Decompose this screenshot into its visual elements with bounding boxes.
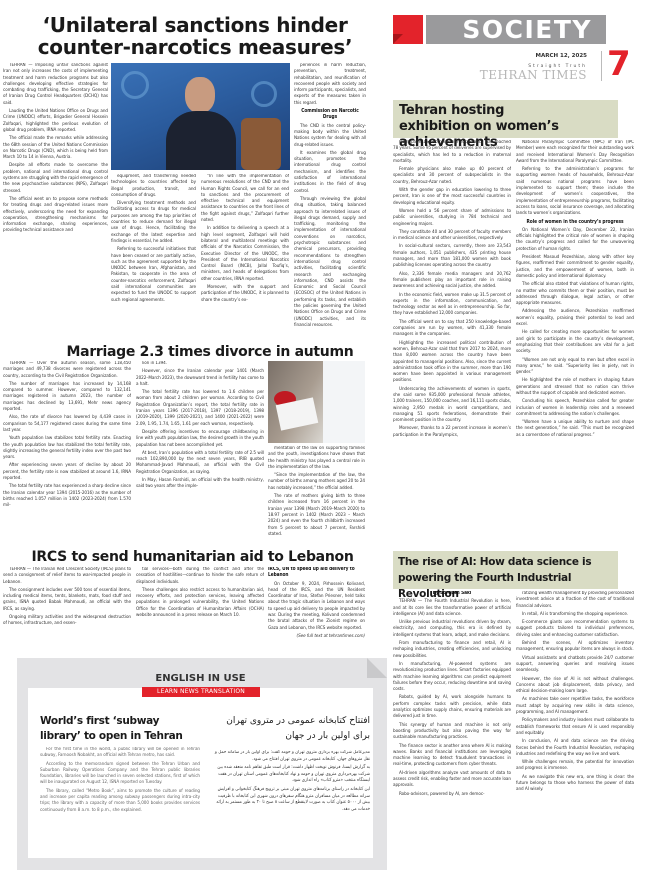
paragraph: Referring to successful initiatives that… (111, 247, 196, 304)
paragraph: Virtual assistants and chatbots provide … (516, 656, 634, 675)
paragraph: به گزارش ایسنا، فرنوش نوبخت اظهار داشت: … (210, 765, 370, 785)
page-number: 7 (607, 46, 631, 82)
paragraph: At best, Iran’s population with a total … (136, 451, 264, 476)
masthead-divider (601, 51, 602, 81)
learn-news-translation-badge: LEARN NEWS TRANSLATION (142, 687, 260, 697)
headline-marriage: Marriage 2.3 times divorce in autumn (60, 343, 360, 361)
paragraph: The CND is the central policy-making bod… (294, 124, 366, 149)
subhead-ircs-un: IRCS, UN to speed up aid delivery to Leb… (268, 567, 365, 580)
paragraph: It examines the global drug situation, p… (294, 151, 366, 195)
paragraph: Behind the scenes, AI optimizes inventor… (516, 641, 634, 654)
paragraph: In social-cultural sectors, currently, t… (393, 244, 511, 269)
paragraph: In May, Hasan Farshidi, an official with… (136, 478, 264, 491)
paragraph: TEHRAN — Over the autumn season, some 11… (3, 361, 131, 380)
article-ai-col1: By Soroush Saki TEHRAN — The Fourth Indu… (393, 591, 511, 881)
photo-zolfaqari (111, 63, 290, 170)
article-women-col2: National Paralympic Committee (NPC) of I… (516, 140, 634, 540)
paragraph: AI-driven algorithms analyze vast amount… (393, 771, 511, 790)
see-full-text-link[interactable]: (See full text at tehrantimes.com) (268, 634, 365, 640)
english-in-use-title: ENGLISH IN USE (28, 673, 373, 684)
paragraph: equipment, and transferring needed techn… (111, 174, 196, 199)
paragraph: In retail, AI is transforming the shoppi… (516, 612, 634, 618)
paragraph: In manufacturing, AI-powered systems are… (393, 662, 511, 693)
subway-library-headline-en: World’s first ‘subway library’ to open i… (40, 714, 200, 744)
paragraph: The official went on to say that 250 kno… (393, 320, 511, 339)
paragraph: The official made the remarks while addr… (3, 136, 108, 161)
paragraph: The library, called “Metro Book”, aims t… (40, 789, 200, 814)
paragraph: mentation of the law on supporting famil… (268, 446, 365, 471)
issue-date: MARCH 12, 2025 (470, 53, 587, 59)
paragraph: National Paralympic Committee (NPC) of I… (516, 140, 634, 165)
paragraph: In the economic field, women make up 31.… (393, 293, 511, 318)
paragraph: From manufacturing to finance and retail… (393, 641, 511, 660)
paragraph: periences in harm reduction, prevention,… (294, 63, 366, 107)
paragraph: The total fertility rate has experienced… (3, 484, 131, 509)
subhead-role-of-women: Role of women in the country’s progress (516, 220, 634, 226)
paragraph: “In line with the implementation of nume… (201, 174, 289, 224)
article-ircs-col3: IRCS, UN to speed up aid delivery to Leb… (268, 567, 365, 647)
article-ircs-col1: TEHRAN — The Iranian Red Crescent Societ… (3, 567, 131, 647)
paragraph: TEHRAN — The Fourth Industrial Revolutio… (393, 599, 511, 618)
paragraph: TEHRAN — The Iranian Red Crescent Societ… (3, 567, 131, 586)
paragraph: Referring to the administration’s progra… (516, 167, 634, 217)
article-marriage-col3: mentation of the law on supporting famil… (268, 446, 365, 540)
article-women-col1: From page 1 ▸ Women’s life expectancy ha… (393, 140, 511, 540)
paragraph: The number of marriages has increased by… (3, 382, 131, 413)
paragraph: With the gender gap in education lowerin… (393, 188, 511, 207)
paper-name: TEHRAN TIMES (440, 68, 587, 82)
paragraph: ratizing wealth management by providing … (516, 591, 634, 610)
subhead-cnd: Commission on Narcotic Drugs (294, 109, 366, 122)
article-sanctions-col2: equipment, and transferring needed techn… (111, 174, 196, 334)
section-banner: SOCIETY (426, 15, 606, 44)
paragraph: TEHRAN — Imposing unfair sanctions again… (3, 63, 108, 107)
paragraph: Highlighting the increased political con… (393, 341, 511, 385)
paragraph: این کتابخانه در راستای برنامه‌های متروی … (210, 787, 370, 813)
paragraph: مدیرعامل شرکت بهره برداری متروی تهران و … (210, 750, 370, 763)
paragraph: According to the memorandum signed betwe… (40, 762, 200, 787)
paragraph: As machines take over repetitive tasks, … (516, 697, 634, 716)
article-sanctions-col4: periences in harm reduction, prevention,… (294, 63, 366, 338)
paragraph: Policymakers and industry leaders must c… (516, 718, 634, 737)
paragraph: tial services—both during the conflict a… (136, 567, 264, 586)
headline-sanctions: ‘Unilateral sanctions hinder counter-nar… (25, 14, 365, 58)
paragraph: “Women are not only equal to men but oft… (516, 358, 634, 377)
paragraph: lion in 1394. (136, 361, 264, 367)
paragraph: Also, 2,336 female media managers and 20… (393, 272, 511, 291)
paragraph: The finance sector is another area where… (393, 744, 511, 769)
section-title: SOCIETY (462, 15, 592, 44)
paragraph: Concluding his speech, Pezeshkian called… (516, 399, 634, 418)
paragraph: Youth population law stabilizes total fe… (3, 436, 131, 461)
paragraph: On October 9, 2024, Pirhossein Kolivand,… (268, 582, 365, 632)
section-flag-fold (393, 34, 403, 44)
paragraph: The official went on to propose some met… (3, 197, 108, 235)
paragraph: Robots, guided by AI, work alongside hum… (393, 695, 511, 720)
paragraph: The official also stated that violations… (516, 282, 634, 307)
paragraph: Despite all efforts made to overcome the… (3, 163, 108, 194)
paragraph: The rate of mothers giving birth to thre… (268, 494, 365, 538)
paragraph: Diversifying treatment methods and facil… (111, 201, 196, 245)
paragraph: However, the rise of AI is not without c… (516, 677, 634, 696)
women-header-box: Tehran hosting exhibition on women’s ach… (393, 100, 618, 138)
paragraph: For the first time in the world, a publi… (40, 747, 200, 760)
paragraph: Women hold a 56 percent share of admissi… (393, 209, 511, 228)
article-sanctions-col3: “In line with the implementation of nume… (201, 174, 289, 334)
article-ircs-col2: tial services—both during the conflict a… (136, 567, 264, 647)
paragraph: E-commerce giants use recommendation sys… (516, 620, 634, 639)
paragraph: After experiencing seven years of declin… (3, 463, 131, 482)
paragraph: Ongoing military activities and the wide… (3, 615, 131, 628)
paragraph: In conclusion, AI and data science are t… (516, 739, 634, 758)
paragraph: While challenges remain, the potential f… (516, 760, 634, 773)
photo-wedding (268, 361, 365, 443)
paragraph: From page 1 ▸ Women’s life expectancy ha… (393, 140, 511, 165)
paragraph: Through reviewing the global drug situat… (294, 197, 366, 329)
paragraph: Despite offering incentives to encourage… (136, 430, 264, 449)
paragraph: They constitute 40 and 30 percent of fac… (393, 230, 511, 243)
paragraph: “Women have a unique ability to nurture … (516, 420, 634, 439)
headline-ircs: IRCS to send humanitarian aid to Lebanon (20, 548, 365, 566)
paragraph: Moreover, thanks to a 22 percent increas… (393, 426, 511, 439)
paragraph: Moreover, with the support and participa… (201, 285, 289, 304)
article-sanctions-col1: TEHRAN — Imposing unfair sanctions again… (3, 63, 108, 338)
paragraph: These challenges also restrict access to… (136, 588, 264, 619)
paragraph: However, since the Iranian calendar year… (136, 369, 264, 388)
paragraph: Underscoring the achievements of women i… (393, 387, 511, 425)
paragraph: Lauding the United Nations Office on Dru… (3, 109, 108, 134)
paragraph: On National Women’s Day, December 22, Ir… (516, 228, 634, 253)
subway-library-headline-fa: افتتاح کتابخانه عمومی در متروی تهران برا… (210, 714, 370, 744)
paragraph: This synergy of human and machine is not… (393, 723, 511, 742)
paragraph: The consignment includes over 500 tons o… (3, 588, 131, 613)
paragraph: Female physicians also make up 40 percen… (393, 167, 511, 186)
paragraph: Also, the rate of divorce has lowered by… (3, 415, 131, 434)
ai-header-box: The rise of AI: How data science is powe… (393, 551, 618, 589)
paragraph: Robo-advisors, powered by AI, are democ- (393, 792, 511, 798)
subway-library-body-en: For the first time in the world, a publi… (40, 747, 200, 842)
paragraph: The total fertility rate has lowered to … (136, 390, 264, 428)
paragraph: As we navigate this new era, one thing i… (516, 775, 634, 794)
paragraph: He highlighted the role of mothers in sh… (516, 378, 634, 397)
paragraph: “Since the implementation of the law, th… (268, 473, 365, 492)
byline: By Soroush Saki (393, 591, 511, 597)
paragraph: He called for creating more opportunitie… (516, 330, 634, 355)
article-marriage-col1: TEHRAN — Over the autumn season, some 11… (3, 361, 131, 539)
paragraph: Unlike previous industrial revolutions d… (393, 620, 511, 639)
paragraph: Addressing the audience, Pezeshkian reaf… (516, 309, 634, 328)
subway-library-body-fa: مدیرعامل شرکت بهره برداری متروی تهران و … (210, 750, 370, 845)
paragraph: In addition to delivering a speech at a … (201, 226, 289, 283)
article-marriage-col2: lion in 1394.However, since the Iranian … (136, 361, 264, 539)
article-ai-col2: ratizing wealth management by providing … (516, 591, 634, 881)
paragraph: President Masoud Pezeshkian, along with … (516, 255, 634, 280)
